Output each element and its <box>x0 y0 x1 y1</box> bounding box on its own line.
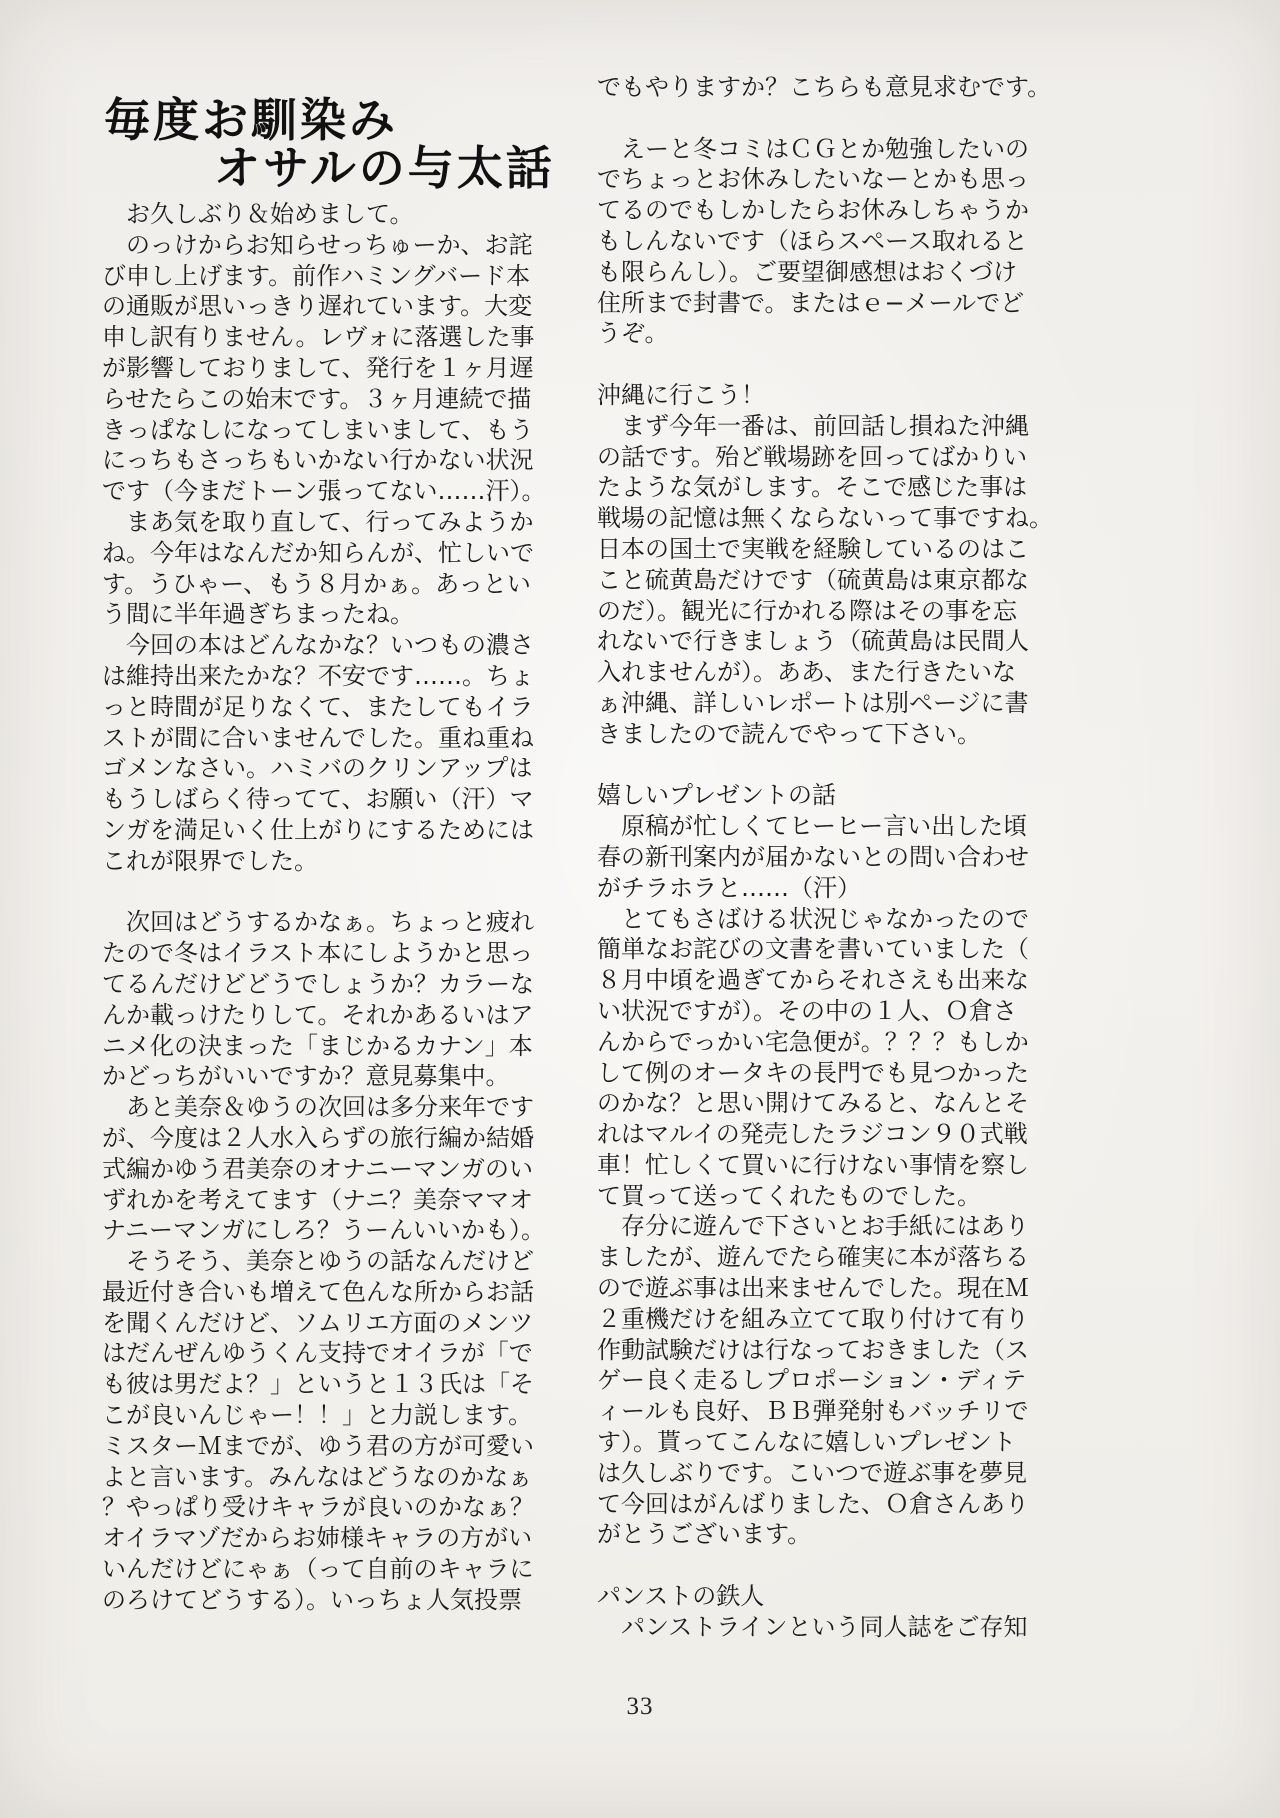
text-line: て買って送ってくれたものでした。 <box>597 1181 1057 1212</box>
text-line: ２重機だけを組み立てて取り付けて有り <box>597 1304 1057 1335</box>
text-line: んからでっかい宅急便が。？？？もしか <box>597 1027 1057 1058</box>
text-line: でちょっとお休みしたいなーとかも思っ <box>597 164 1057 195</box>
text-line: のっけからお知らせっちゅーか、お詫 <box>102 230 562 261</box>
text-line: 次回はどうするかなぁ。ちょっと疲れ <box>102 907 562 938</box>
text-line: です（今まだトーン張ってない……汗）。 <box>102 476 562 507</box>
text-line: 存分に遊んで下さいとお手紙にはあり <box>597 1211 1057 1242</box>
text-line: 原稿が忙しくてヒーヒー言い出した頃 <box>597 811 1057 842</box>
text-line: 今回の本はどんなかな？いつもの濃さ <box>102 630 562 661</box>
page-title-line2: オサルの与太話 <box>214 132 555 198</box>
text-line: たので冬はイラスト本にしようかと思っ <box>102 938 562 969</box>
text-line: す。うひゃー、もう８月かぁ。あっとい <box>102 569 562 600</box>
text-line: び申し上げます。前作ハミングバード本 <box>102 261 562 292</box>
text-line: 車！忙しくて買いに行けない事情を察し <box>597 1150 1057 1181</box>
text-line: まあ気を取り直して、行ってみようか <box>102 507 562 538</box>
text-line <box>597 103 1057 134</box>
text-line: ずれかを考えてます（ナニ？美奈ママオ <box>102 1185 562 1216</box>
text-line: えーと冬コミはＣＧとか勉強したいの <box>597 134 1057 165</box>
text-line: して例のオータキの長門でも見つかった <box>597 1058 1057 1089</box>
text-line: が影響しておりまして、発行を１ヶ月遅 <box>102 353 562 384</box>
text-line: てるのでもしかしたらお休みしちゃうか <box>597 195 1057 226</box>
text-line: がチラホラと……（汗） <box>597 873 1057 904</box>
text-line: 簡単なお詫びの文書を書いていました（ <box>597 934 1057 965</box>
text-line: こと硫黄島だけです（硫黄島は東京都な <box>597 565 1057 596</box>
text-line: ストが間に合いませんでした。重ね重ね <box>102 723 562 754</box>
text-line: は維持出来たかな？不安です……。ちょ <box>102 661 562 692</box>
text-line: きっぱなしになってしまいまして、もう <box>102 415 562 446</box>
text-line: もうしばらく待ってて、お願い（汗）マ <box>102 784 562 815</box>
text-line: たような気がします。そこで感じた事は <box>597 472 1057 503</box>
text-line <box>597 750 1057 781</box>
text-line: ミスターＭまでが、ゆう君の方が可愛い <box>102 1431 562 1462</box>
text-line <box>102 877 562 908</box>
text-line <box>597 349 1057 380</box>
text-line: ましたが、遊んでたら確実に本が落ちる <box>597 1242 1057 1273</box>
text-line: かどっちがいいですか？意見募集中。 <box>102 1061 562 1092</box>
text-line: れないで行きましょう（硫黄島は民間人 <box>597 626 1057 657</box>
text-line: い状況ですが）。その中の１人、Ｏ倉さ <box>597 996 1057 1027</box>
text-line: がとうございます。 <box>597 1519 1057 1550</box>
text-line: ンガを満足いく仕上がりにするためには <box>102 815 562 846</box>
text-line: っと時間が足りなくて、またしてもイラ <box>102 692 562 723</box>
text-line: の話です。殆ど戦場跡を回ってばかりい <box>597 442 1057 473</box>
text-line: これが限界でした。 <box>102 846 562 877</box>
text-line: にっちもさっちもいかない行かない状況 <box>102 445 562 476</box>
text-line: のかな？と思い開けてみると、なんとそ <box>597 1088 1057 1119</box>
text-line: のろけてどうする）。いっちょ人気投票 <box>102 1585 562 1616</box>
text-line: す）。貰ってこんなに嬉しいプレゼント <box>597 1427 1057 1458</box>
text-line: 嬉しいプレゼントの話 <box>597 780 1057 811</box>
text-line: 申し訳有りません。レヴォに落選した事 <box>102 322 562 353</box>
text-line: でもやりますか？こちらも意見求むです。 <box>597 72 1057 103</box>
text-line: パンストラインという同人誌をご存知 <box>597 1612 1057 1643</box>
text-line: も彼は男だよ？」というと１３氏は「そ <box>102 1369 562 1400</box>
text-line: きましたので読んでやって下さい。 <box>597 719 1057 750</box>
text-line: ナニーマンガにしろ？うーんいいかも）。 <box>102 1215 562 1246</box>
text-line: お久しぶり＆始めまして。 <box>102 199 562 230</box>
scanned-page: 毎度お馴染み オサルの与太話 お久しぶり＆始めまして。 のっけからお知らせっちゅ… <box>0 0 1280 1818</box>
text-line: ィールも良好、ＢＢ弾発射もバッチリで <box>597 1396 1057 1427</box>
text-line: ね。今年はなんだか知らんが、忙しいで <box>102 538 562 569</box>
text-line: 入れませんが）。ああ、また行きたいな <box>597 657 1057 688</box>
text-line: 式編かゆう君美奈のオナニーマンガのい <box>102 1154 562 1185</box>
text-line: パンストの鉄人 <box>597 1581 1057 1612</box>
text-line: そうそう、美奈とゆうの話なんだけど <box>102 1246 562 1277</box>
text-line: こが良いんじゃー！！」と力説します。 <box>102 1400 562 1431</box>
text-line: 最近付き合いも増えて色んな所からお話 <box>102 1277 562 1308</box>
text-line: てるんだけどどうでしょうか？カラーな <box>102 969 562 1000</box>
text-line: が、今度は２人水入らずの旅行編か結婚 <box>102 1123 562 1154</box>
text-line: うぞ。 <box>597 318 1057 349</box>
text-line: 日本の国土で実戦を経験しているのはこ <box>597 534 1057 565</box>
text-line: 住所まで封書で。またはｅ−メールでど <box>597 288 1057 319</box>
text-line: を聞くんだけど、ソムリエ方面のメンツ <box>102 1308 562 1339</box>
text-line: れはマルイの発売したラジコン９０式戦 <box>597 1119 1057 1150</box>
text-line: もしんないです（ほらスペース取れると <box>597 226 1057 257</box>
text-line: の通販が思いっきり遅れています。大変 <box>102 291 562 322</box>
text-line: あと美奈＆ゆうの次回は多分来年です <box>102 1092 562 1123</box>
text-line: う間に半年過ぎちまったね。 <box>102 599 562 630</box>
text-line: 春の新刊案内が届かないとの問い合わせ <box>597 842 1057 873</box>
right-text-column: でもやりますか？こちらも意見求むです。 えーと冬コミはＣＧとか勉強したいのでちょ… <box>597 72 1057 1643</box>
left-text-column: お久しぶり＆始めまして。 のっけからお知らせっちゅーか、お詫び申し上げます。前作… <box>102 199 562 1616</box>
text-line: オイラマゾだからお姉様キャラの方がい <box>102 1523 562 1554</box>
text-line: ？やっぱり受けキャラが良いのかなぁ？ <box>102 1492 562 1523</box>
text-line: は久しぶりです。こいつで遊ぶ事を夢見 <box>597 1458 1057 1489</box>
text-line: とてもさばける状況じゃなかったので <box>597 904 1057 935</box>
text-line <box>597 1550 1057 1581</box>
text-line: ゲー良く走るしプロポーション・ディテ <box>597 1365 1057 1396</box>
text-line: らせたらこの始末です。３ヶ月連続で描 <box>102 384 562 415</box>
text-line: まず今年一番は、前回話し損ねた沖縄 <box>597 411 1057 442</box>
text-line: も限らんし）。ご要望御感想はおくづけ <box>597 257 1057 288</box>
text-line: ので遊ぶ事は出来ませんでした。現在Ｍ <box>597 1273 1057 1304</box>
text-line: ぁ沖縄、詳しいレポートは別ページに書 <box>597 688 1057 719</box>
text-line: んか載っけたりして。それかあるいはア <box>102 1000 562 1031</box>
text-line: 沖縄に行こう！ <box>597 380 1057 411</box>
text-line: 作動試験だけは行なっておきました（ス <box>597 1335 1057 1366</box>
text-line: ニメ化の決まった「まじかるカナン」本 <box>102 1031 562 1062</box>
text-line: のだ）。観光に行かれる際はその事を忘 <box>597 596 1057 627</box>
text-line: 戦場の記憶は無くならないって事ですね。 <box>597 503 1057 534</box>
text-line: ８月中頃を過ぎてからそれさえも出来な <box>597 965 1057 996</box>
text-line: て今回はがんばりました、Ｏ倉さんあり <box>597 1489 1057 1520</box>
text-line: はだんぜんゆうくん支持でオイラが「で <box>102 1338 562 1369</box>
text-line: いんだけどにゃぁ（って自前のキャラに <box>102 1554 562 1585</box>
text-line: よと言います。みんなはどうなのかなぁ <box>102 1462 562 1493</box>
page-number: 33 <box>0 1693 1280 1721</box>
text-line: ゴメンなさい。ハミバのクリンアップは <box>102 753 562 784</box>
